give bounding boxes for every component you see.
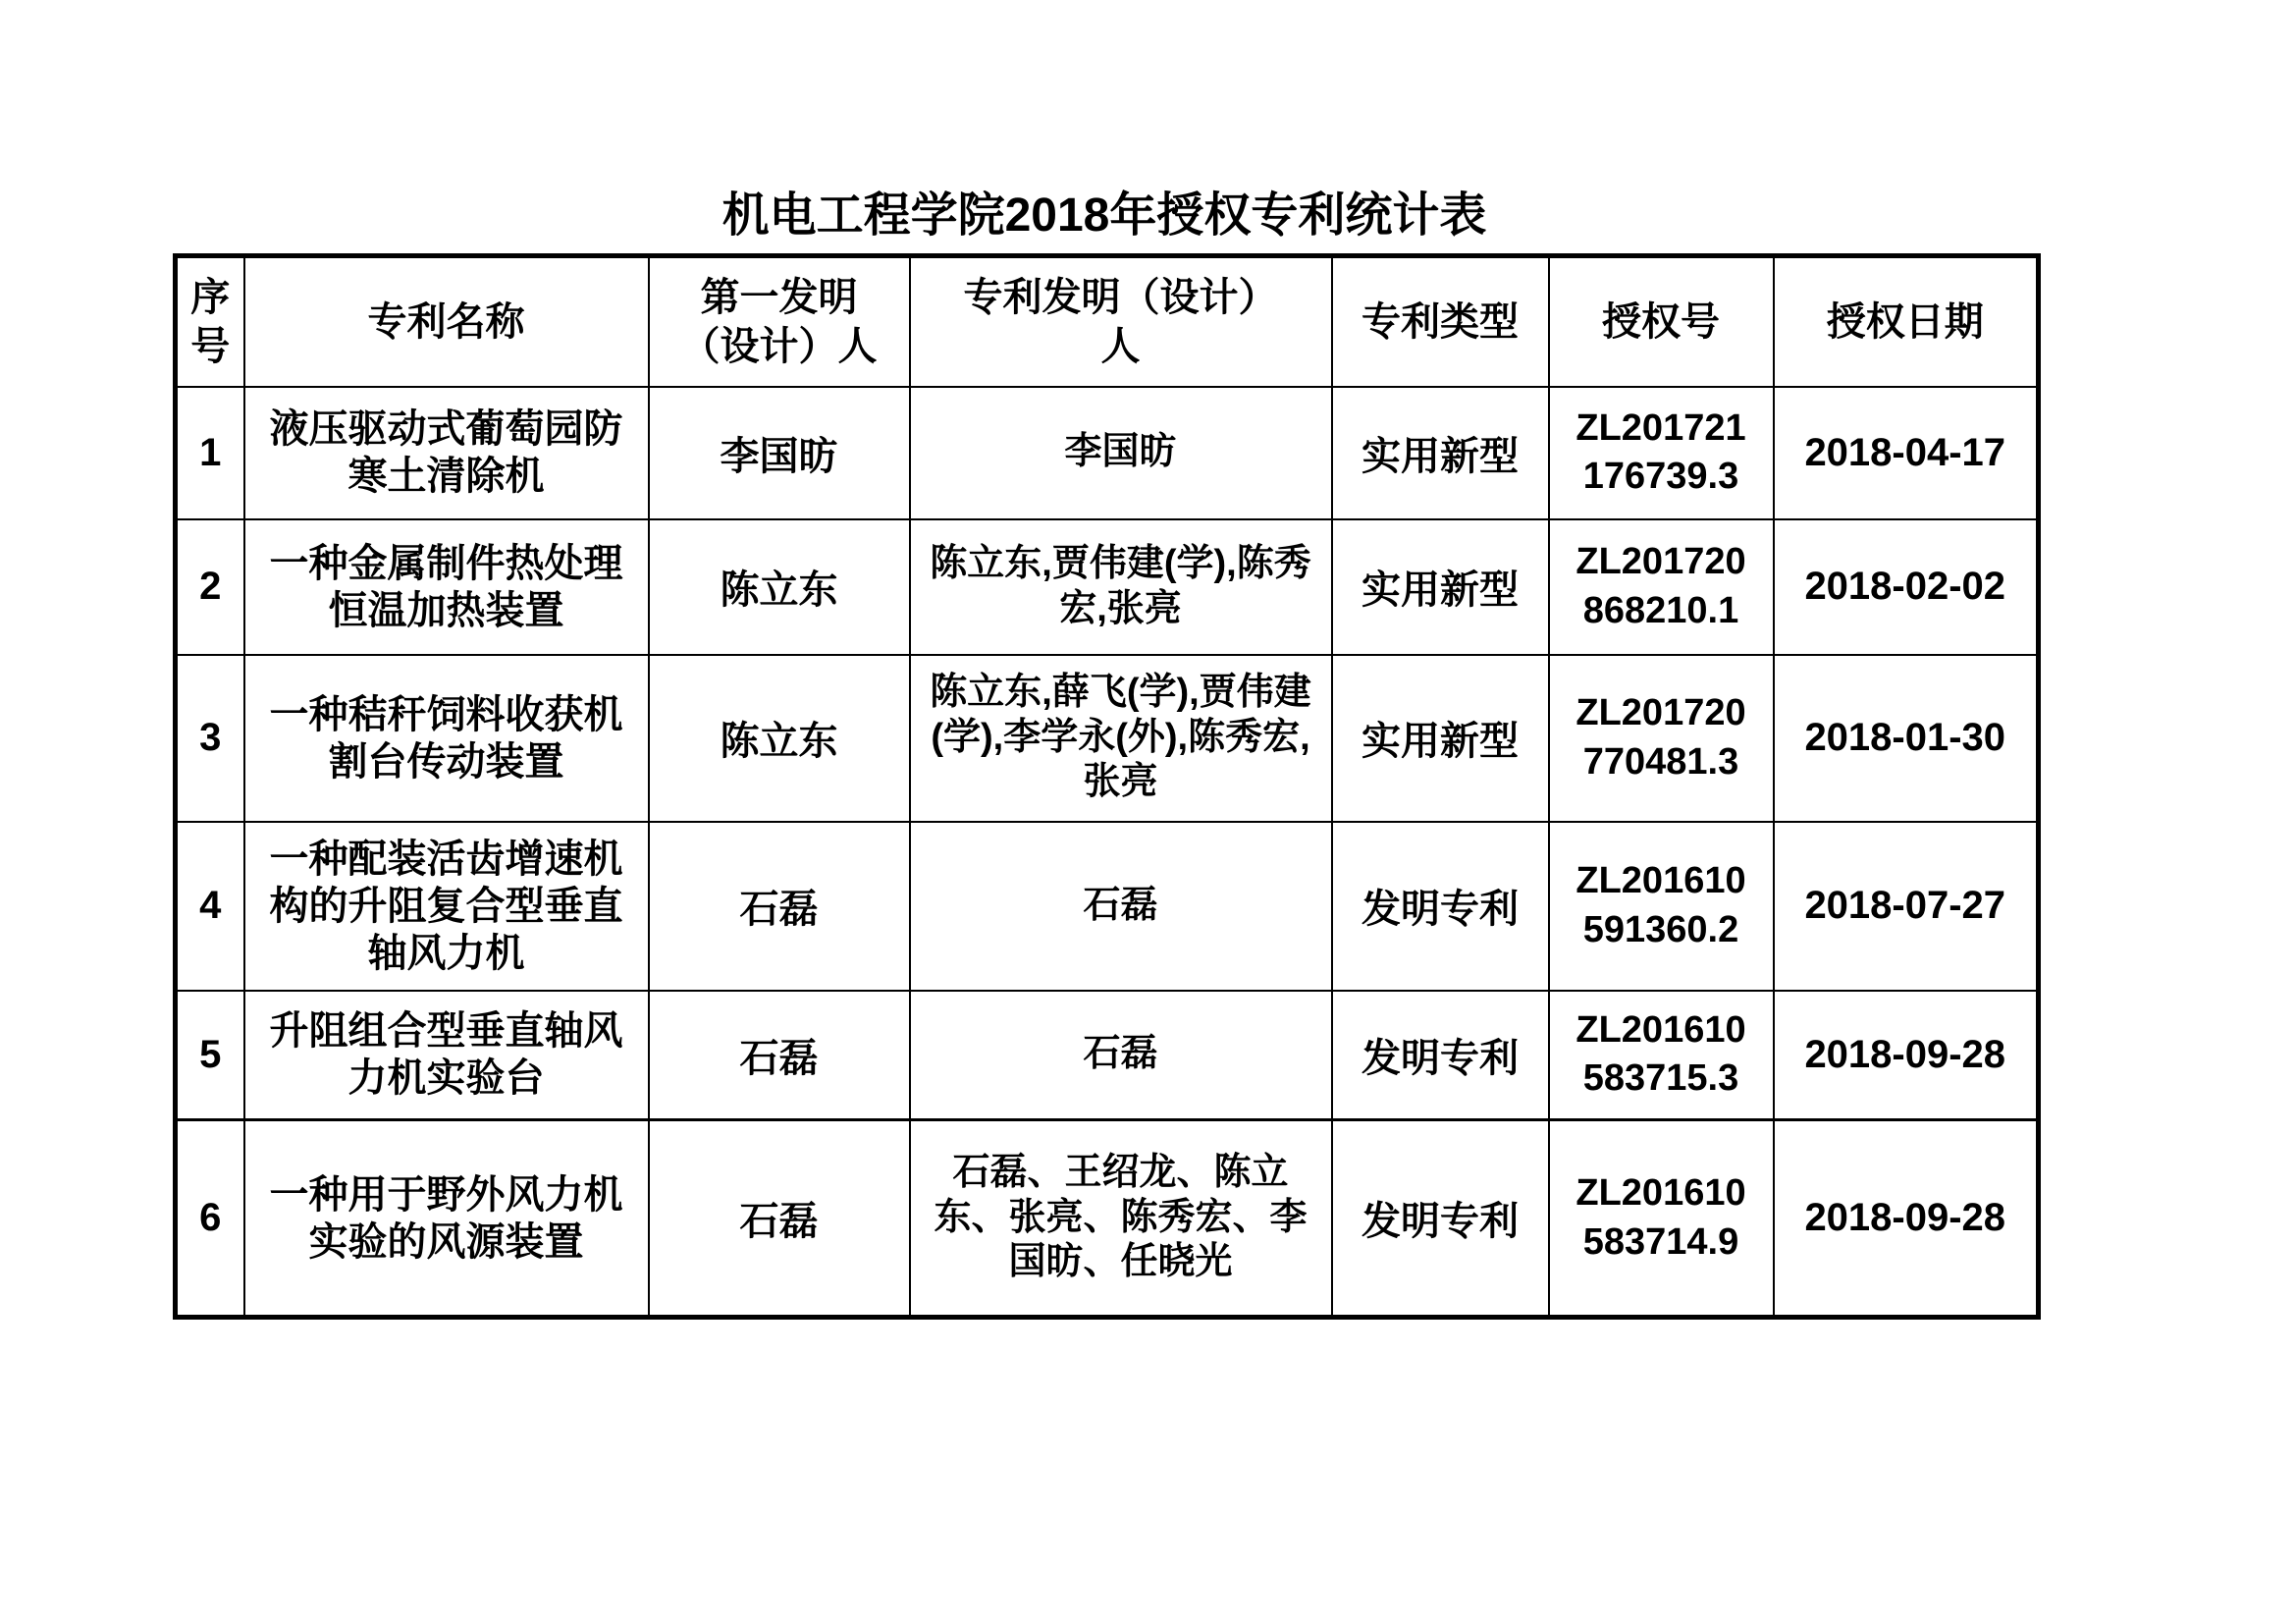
header-line: （设计）人 xyxy=(662,322,897,371)
auth-number-line: ZL201610 xyxy=(1562,1169,1761,1218)
cell-auth-number: ZL201721 176739.3 xyxy=(1549,387,1774,519)
cell-row-number: 5 xyxy=(176,991,244,1120)
table-row: 3 一种秸秆饲料收获机割台传动装置 陈立东 陈立东,薛飞(学),贾伟建(学),李… xyxy=(176,655,2039,822)
table-row: 5 升阻组合型垂直轴风力机实验台 石磊 石磊 发明专利 ZL201610 583… xyxy=(176,991,2039,1120)
header-auth-date: 授权日期 xyxy=(1774,256,2039,387)
header-row-number: 序号 xyxy=(176,256,244,387)
cell-first-inventor: 石磊 xyxy=(649,822,910,991)
patents-table: 序号 专利名称 第一发明 （设计）人 专利发明（设计） 人 专利类型 授权号 授… xyxy=(173,253,2041,1320)
cell-auth-date: 2018-01-30 xyxy=(1774,655,2039,822)
cell-inventors: 李国昉 xyxy=(910,387,1332,519)
cell-first-inventor: 石磊 xyxy=(649,991,910,1120)
table-body: 1 液压驱动式葡萄园防寒土清除机 李国昉 李国昉 实用新型 ZL201721 1… xyxy=(176,387,2039,1318)
cell-auth-number: ZL201720 770481.3 xyxy=(1549,655,1774,822)
cell-first-inventor: 陈立东 xyxy=(649,519,910,655)
auth-number-line: ZL201720 xyxy=(1562,538,1761,586)
cell-patent-type: 发明专利 xyxy=(1332,991,1549,1120)
table-row: 1 液压驱动式葡萄园防寒土清除机 李国昉 李国昉 实用新型 ZL201721 1… xyxy=(176,387,2039,519)
cell-patent-name: 一种秸秆饲料收获机割台传动装置 xyxy=(244,655,649,822)
table-row: 4 一种配装活齿增速机构的升阻复合型垂直轴风力机 石磊 石磊 发明专利 ZL20… xyxy=(176,822,2039,991)
auth-number-line: 583714.9 xyxy=(1562,1218,1761,1267)
cell-patent-name: 升阻组合型垂直轴风力机实验台 xyxy=(244,991,649,1120)
cell-patent-type: 实用新型 xyxy=(1332,655,1549,822)
auth-number-line: ZL201610 xyxy=(1562,1006,1761,1055)
cell-patent-name: 一种配装活齿增速机构的升阻复合型垂直轴风力机 xyxy=(244,822,649,991)
auth-number-line: 583715.3 xyxy=(1562,1055,1761,1103)
auth-number-line: 176739.3 xyxy=(1562,453,1761,501)
cell-auth-number: ZL201610 583715.3 xyxy=(1549,991,1774,1120)
cell-auth-date: 2018-07-27 xyxy=(1774,822,2039,991)
cell-auth-date: 2018-04-17 xyxy=(1774,387,2039,519)
table-header: 序号 专利名称 第一发明 （设计）人 专利发明（设计） 人 专利类型 授权号 授… xyxy=(176,256,2039,387)
cell-first-inventor: 石磊 xyxy=(649,1120,910,1318)
cell-auth-date: 2018-09-28 xyxy=(1774,1120,2039,1318)
cell-patent-name: 一种金属制件热处理恒温加热装置 xyxy=(244,519,649,655)
cell-row-number: 4 xyxy=(176,822,244,991)
cell-inventors: 石磊 xyxy=(910,822,1332,991)
document-page: 机电工程学院2018年授权专利统计表 序号 专利名称 第一发明 （设计）人 专利… xyxy=(173,0,2036,1320)
cell-row-number: 2 xyxy=(176,519,244,655)
auth-number-line: ZL201720 xyxy=(1562,689,1761,737)
cell-patent-type: 实用新型 xyxy=(1332,387,1549,519)
header-line: 第一发明 xyxy=(662,273,897,322)
auth-number-line: ZL201721 xyxy=(1562,405,1761,453)
cell-auth-date: 2018-09-28 xyxy=(1774,991,2039,1120)
cell-auth-number: ZL201720 868210.1 xyxy=(1549,519,1774,655)
cell-auth-date: 2018-02-02 xyxy=(1774,519,2039,655)
cell-row-number: 1 xyxy=(176,387,244,519)
cell-patent-type: 发明专利 xyxy=(1332,822,1549,991)
header-first-inventor: 第一发明 （设计）人 xyxy=(649,256,910,387)
cell-row-number: 6 xyxy=(176,1120,244,1318)
cell-row-number: 3 xyxy=(176,655,244,822)
header-auth-number: 授权号 xyxy=(1549,256,1774,387)
cell-inventors: 陈立东,薛飞(学),贾伟建(学),李学永(外),陈秀宏,张亮 xyxy=(910,655,1332,822)
cell-patent-type: 实用新型 xyxy=(1332,519,1549,655)
header-row: 序号 专利名称 第一发明 （设计）人 专利发明（设计） 人 专利类型 授权号 授… xyxy=(176,256,2039,387)
cell-patent-name: 液压驱动式葡萄园防寒土清除机 xyxy=(244,387,649,519)
auth-number-line: 770481.3 xyxy=(1562,738,1761,786)
table-row: 6 一种用于野外风力机实验的风源装置 石磊 石磊、王绍龙、陈立东、张亮、陈秀宏、… xyxy=(176,1120,2039,1318)
cell-auth-number: ZL201610 583714.9 xyxy=(1549,1120,1774,1318)
cell-inventors: 石磊 xyxy=(910,991,1332,1120)
page-title: 机电工程学院2018年授权专利统计表 xyxy=(173,187,2036,245)
cell-patent-name: 一种用于野外风力机实验的风源装置 xyxy=(244,1120,649,1318)
header-line: 专利发明（设计） xyxy=(923,273,1319,322)
cell-auth-number: ZL201610 591360.2 xyxy=(1549,822,1774,991)
header-line: 人 xyxy=(923,322,1319,371)
auth-number-line: 591360.2 xyxy=(1562,906,1761,954)
header-patent-type: 专利类型 xyxy=(1332,256,1549,387)
auth-number-line: ZL201610 xyxy=(1562,857,1761,905)
table-row: 2 一种金属制件热处理恒温加热装置 陈立东 陈立东,贾伟建(学),陈秀宏,张亮 … xyxy=(176,519,2039,655)
cell-patent-type: 发明专利 xyxy=(1332,1120,1549,1318)
header-inventors: 专利发明（设计） 人 xyxy=(910,256,1332,387)
cell-inventors: 石磊、王绍龙、陈立东、张亮、陈秀宏、李国昉、任晓光 xyxy=(910,1120,1332,1318)
header-patent-name: 专利名称 xyxy=(244,256,649,387)
auth-number-line: 868210.1 xyxy=(1562,587,1761,635)
cell-inventors: 陈立东,贾伟建(学),陈秀宏,张亮 xyxy=(910,519,1332,655)
cell-first-inventor: 陈立东 xyxy=(649,655,910,822)
cell-first-inventor: 李国昉 xyxy=(649,387,910,519)
